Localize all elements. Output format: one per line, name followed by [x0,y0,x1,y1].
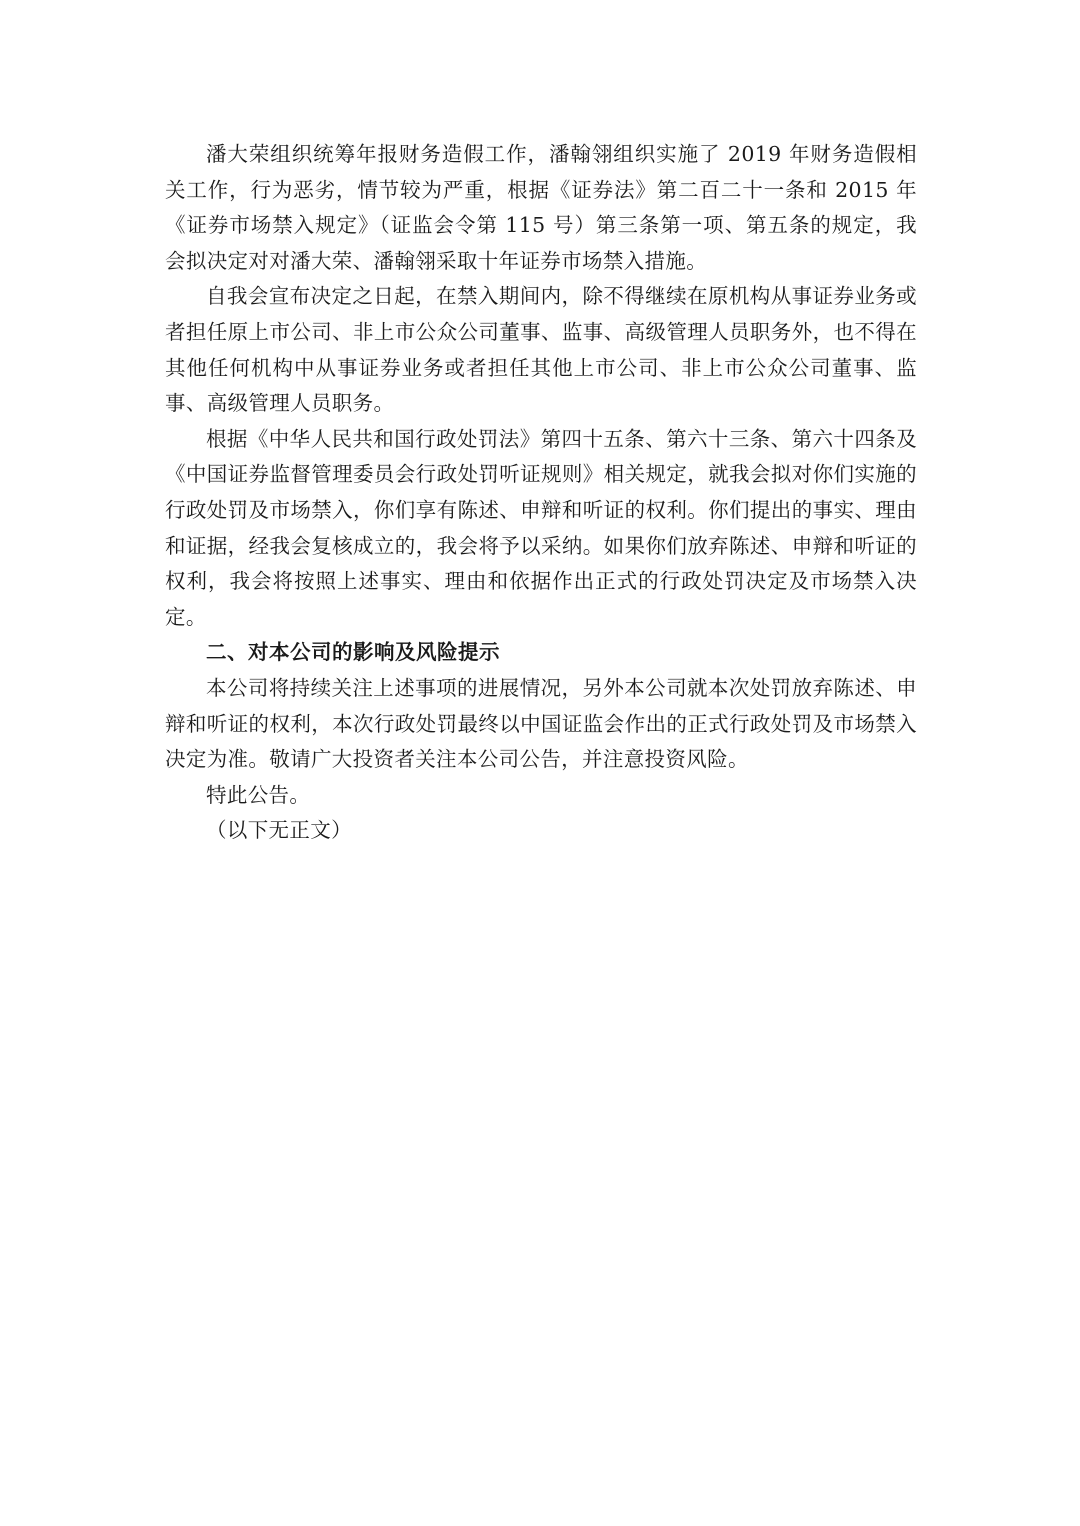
paragraph-no-further-text: （以下无正文） [165,813,917,849]
paragraph-hearing-rights: 根据《中华人民共和国行政处罚法》第四十五条、第六十三条、第六十四条及《中国证券监… [165,422,917,636]
section-heading-impact-and-risk: 二、对本公司的影响及风险提示 [165,635,917,671]
document-page: 潘大荣组织统筹年报财务造假工作，潘翰翎组织实施了 2019 年财务造假相关工作，… [165,137,917,849]
paragraph-ban-scope: 自我会宣布决定之日起，在禁入期间内，除不得继续在原机构从事证券业务或者担任原上市… [165,279,917,421]
paragraph-ban-decision: 潘大荣组织统筹年报财务造假工作，潘翰翎组织实施了 2019 年财务造假相关工作，… [165,137,917,279]
paragraph-company-statement: 本公司将持续关注上述事项的进展情况，另外本公司就本次处罚放弃陈述、申辩和听证的权… [165,671,917,778]
paragraph-announcement-closing: 特此公告。 [165,778,917,814]
